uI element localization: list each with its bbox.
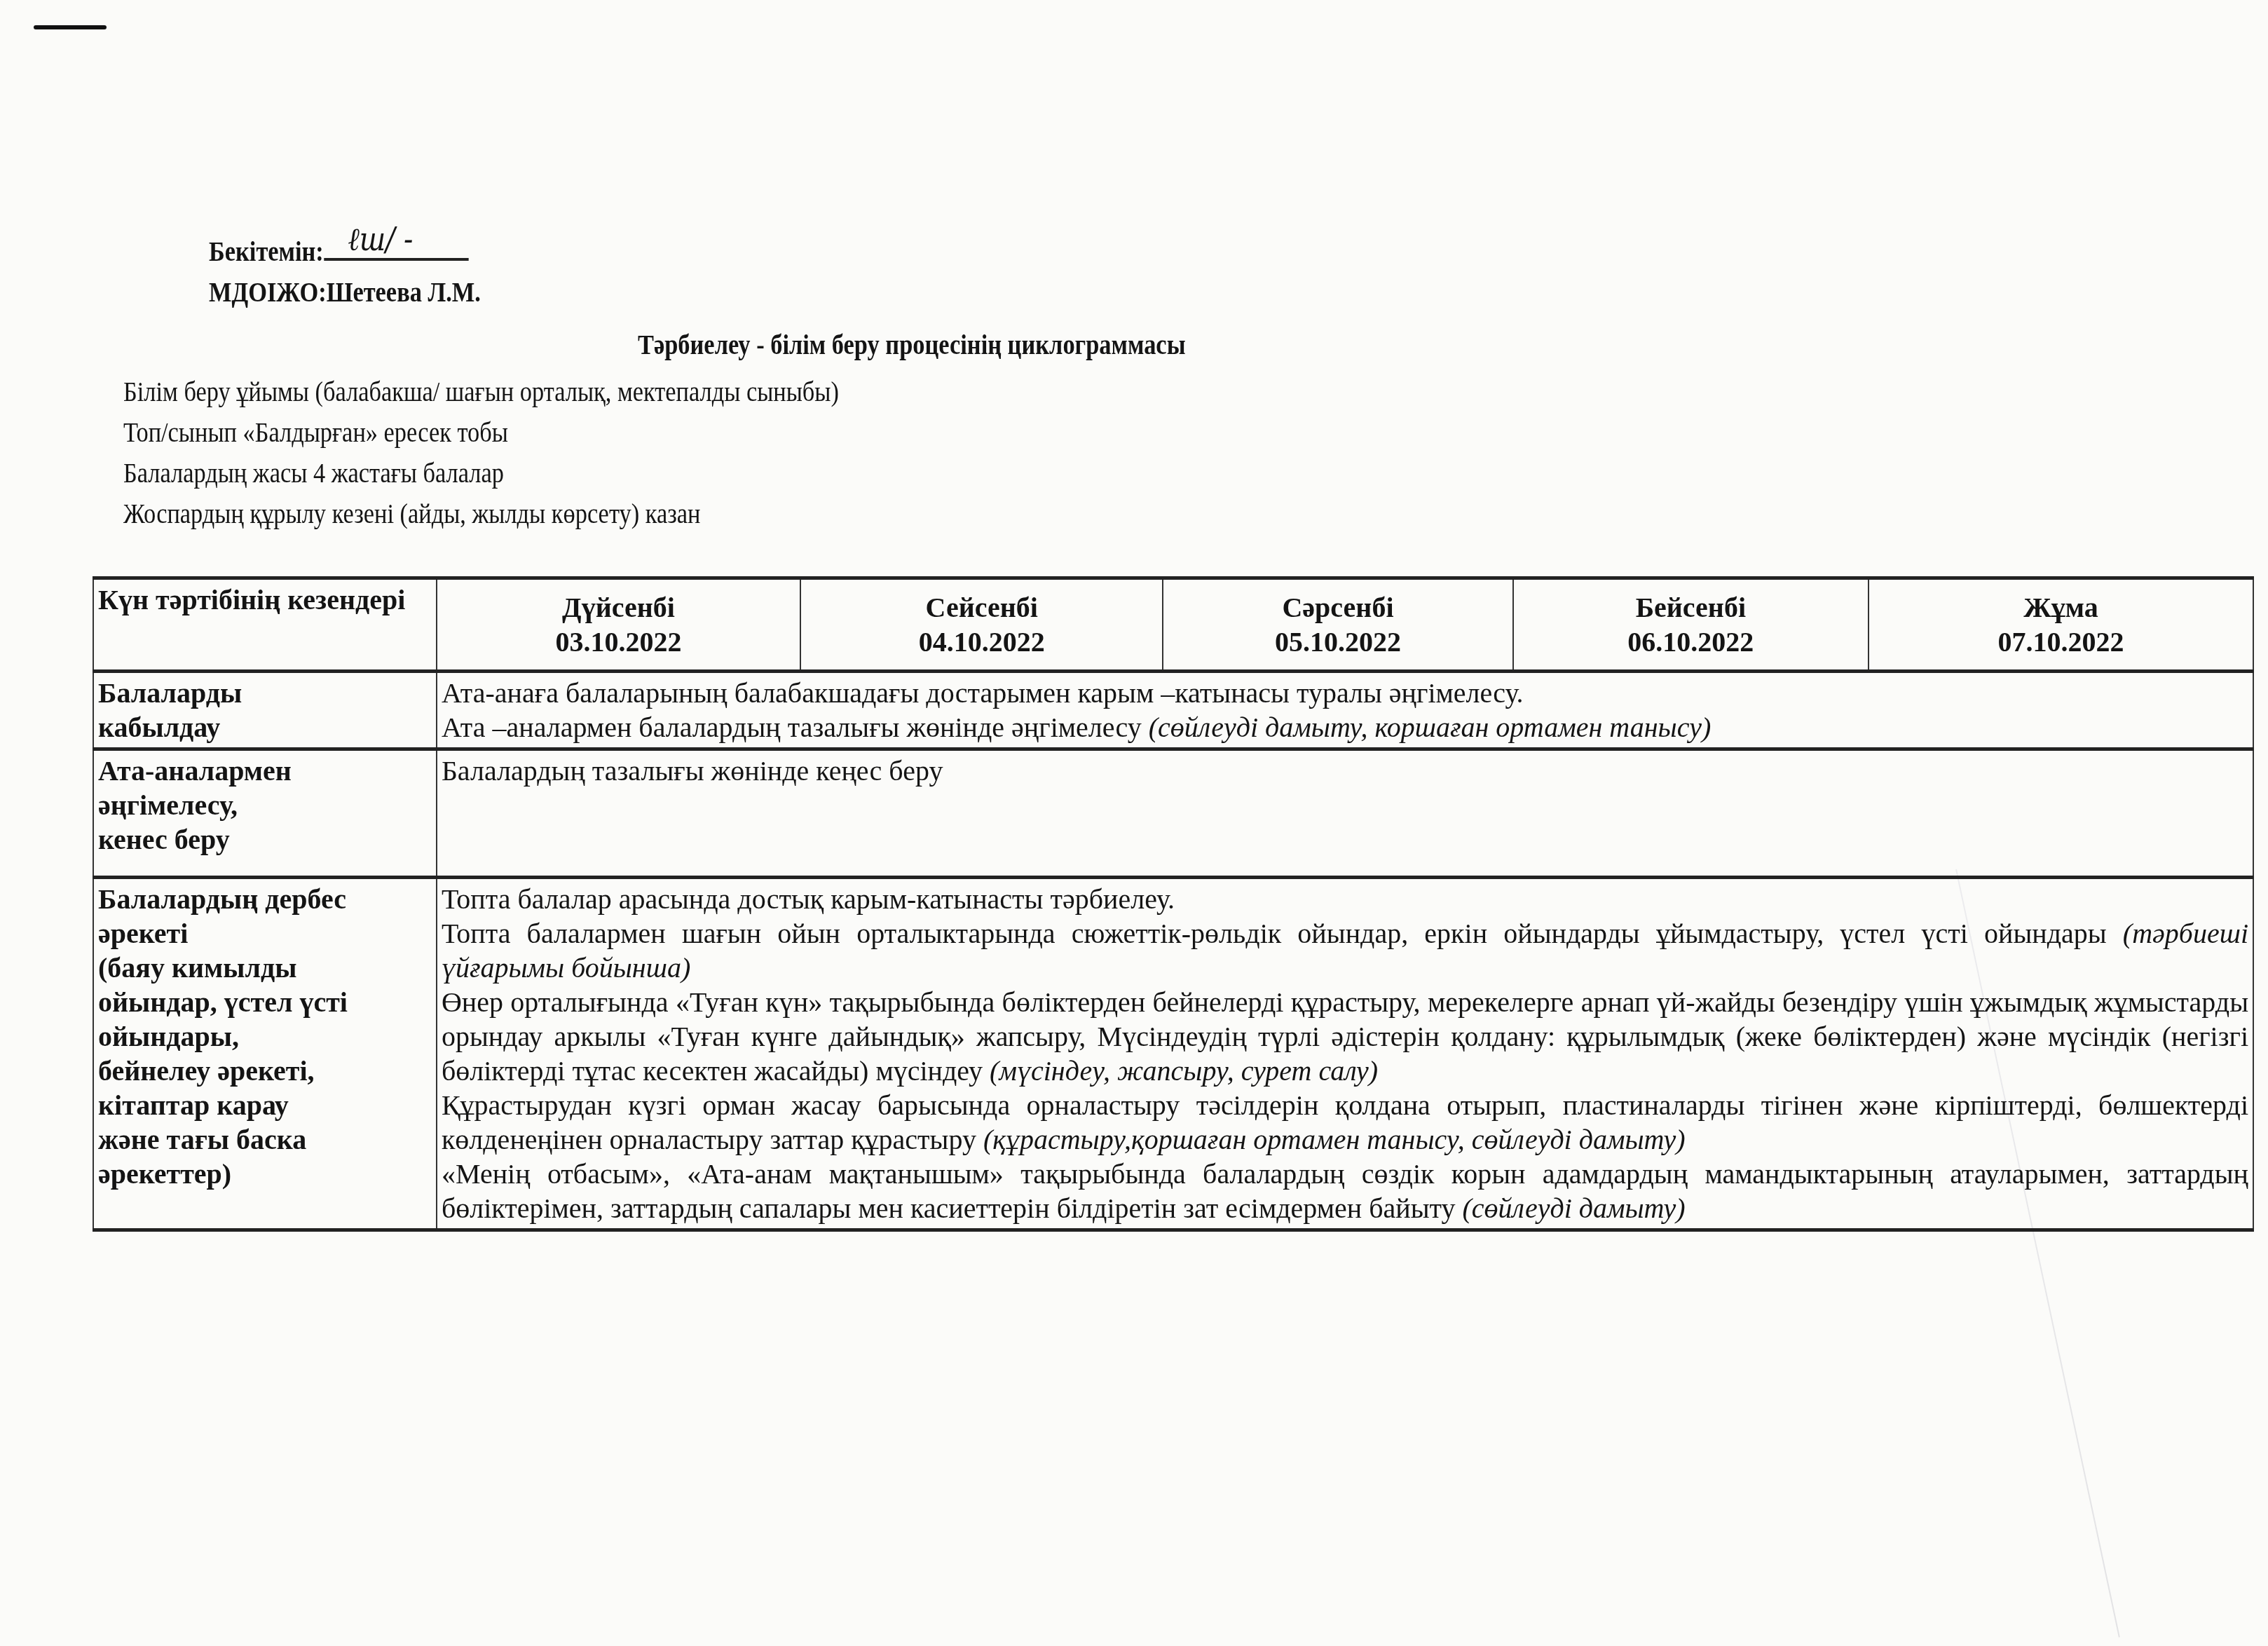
activity-paragraph: Құрастырудан күзгі орман жасау барысында… (442, 1088, 2248, 1157)
stage-content: Балалардың тазалығы жөнінде кеңес беру (437, 749, 2253, 878)
signer-name: МДОІЖО:Шетеева Л.М. (209, 272, 481, 313)
header-day-monday: Дүйсенбі 03.10.2022 (437, 578, 800, 672)
day-date: 05.10.2022 (1168, 625, 1508, 659)
stage-label: Балалардың дербес әрекеті (баяу кимылды … (93, 878, 437, 1230)
activity-paragraph: Топта балалар арасында достық карым-каты… (442, 882, 2248, 916)
approval-block: Бекітемін:ℓш/ - МДОІЖО:Шетеева Л.М. (209, 231, 481, 313)
activity-text: Топта балалармен шағын ойын орталыктарын… (442, 918, 2123, 949)
meta-group: Топ/сынып «Балдырған» ересек тобы (123, 412, 839, 453)
stage-content: Топта балалар арасында достық карым-каты… (437, 878, 2253, 1230)
header-day-thursday: Бейсенбі 06.10.2022 (1513, 578, 1869, 672)
header-stage: Күн тәртібінің кезендері (93, 578, 437, 672)
day-date: 04.10.2022 (805, 625, 1158, 659)
activity-paragraph: Өнер орталығында «Туған күн» тақырыбында… (442, 985, 2248, 1088)
activity-paragraph: Балалардың тазалығы жөнінде кеңес беру (442, 754, 2248, 788)
activity-note: (сөйлеуді дамыту) (1463, 1192, 1686, 1224)
activity-note: (құрастыру,қоршаған ортамен танысу, сөйл… (983, 1124, 1686, 1155)
activity-text: Ата-анаға балаларының балабакшадағы дост… (442, 677, 1524, 709)
activity-paragraph: Ата-анаға балаларының балабакшадағы дост… (442, 676, 2248, 710)
document-meta: Білім беру ұйымы (балабакша/ шағын ортал… (123, 372, 839, 534)
activity-text: Балалардың тазалығы жөнінде кеңес беру (442, 755, 943, 787)
signature: ℓш/ - (348, 219, 413, 259)
approval-label: Бекітемін: (209, 236, 324, 267)
table-row-independent-activity: Балалардың дербес әрекеті (баяу кимылды … (93, 878, 2253, 1230)
stage-content: Ата-анаға балаларының балабакшадағы дост… (437, 672, 2253, 749)
meta-period: Жоспардың құрылу кезені (айды, жылды көр… (123, 494, 839, 534)
signature-field: ℓш/ - (324, 231, 468, 261)
day-name: Дүйсенбі (442, 590, 795, 625)
day-date: 03.10.2022 (442, 625, 795, 659)
activity-note: (сөйлеуді дамыту, коршаған ортамен таныс… (1149, 712, 1711, 743)
activity-text: «Менің отбасым», «Ата-анам мақтанышым» т… (442, 1158, 2248, 1224)
activity-text: Ата –аналармен балалардың тазалығы жөнін… (442, 712, 1149, 743)
approval-line: Бекітемін:ℓш/ - (209, 231, 481, 272)
corner-dash-mark (34, 25, 107, 29)
table-row-parent-consultation: Ата-аналармен әңгімелесу, кенес беру Бал… (93, 749, 2253, 878)
day-name: Сәрсенбі (1168, 590, 1508, 625)
table-row-reception: Балаларды кабылдау Ата-анаға балаларының… (93, 672, 2253, 749)
cyclogram-table: Күн тәртібінің кезендері Дүйсенбі 03.10.… (93, 576, 2254, 1232)
activity-text: Топта балалар арасында достық карым-каты… (442, 883, 1175, 915)
activity-paragraph: «Менің отбасым», «Ата-анам мақтанышым» т… (442, 1157, 2248, 1225)
header-day-wednesday: Сәрсенбі 05.10.2022 (1163, 578, 1512, 672)
activity-note: (мүсіндеу, жапсыру, сурет салу) (990, 1055, 1378, 1087)
day-date: 07.10.2022 (1873, 625, 2248, 659)
day-name: Жұма (1873, 590, 2248, 625)
day-date: 06.10.2022 (1518, 625, 1864, 659)
table-header-row: Күн тәртібінің кезендері Дүйсенбі 03.10.… (93, 578, 2253, 672)
header-day-friday: Жұма 07.10.2022 (1869, 578, 2253, 672)
stage-label: Балаларды кабылдау (93, 672, 437, 749)
stage-label: Ата-аналармен әңгімелесу, кенес беру (93, 749, 437, 878)
day-name: Бейсенбі (1518, 590, 1864, 625)
header-day-tuesday: Сейсенбі 04.10.2022 (800, 578, 1163, 672)
day-name: Сейсенбі (805, 590, 1158, 625)
meta-organization: Білім беру ұйымы (балабакша/ шағын ортал… (123, 372, 839, 412)
document-title: Тәрбиелеу - білім беру процесінің циклог… (638, 328, 1185, 361)
meta-age: Балалардың жасы 4 жастағы балалар (123, 453, 839, 494)
activity-paragraph: Топта балалармен шағын ойын орталыктарын… (442, 916, 2248, 985)
activity-paragraph: Ата –аналармен балалардың тазалығы жөнін… (442, 710, 2248, 744)
